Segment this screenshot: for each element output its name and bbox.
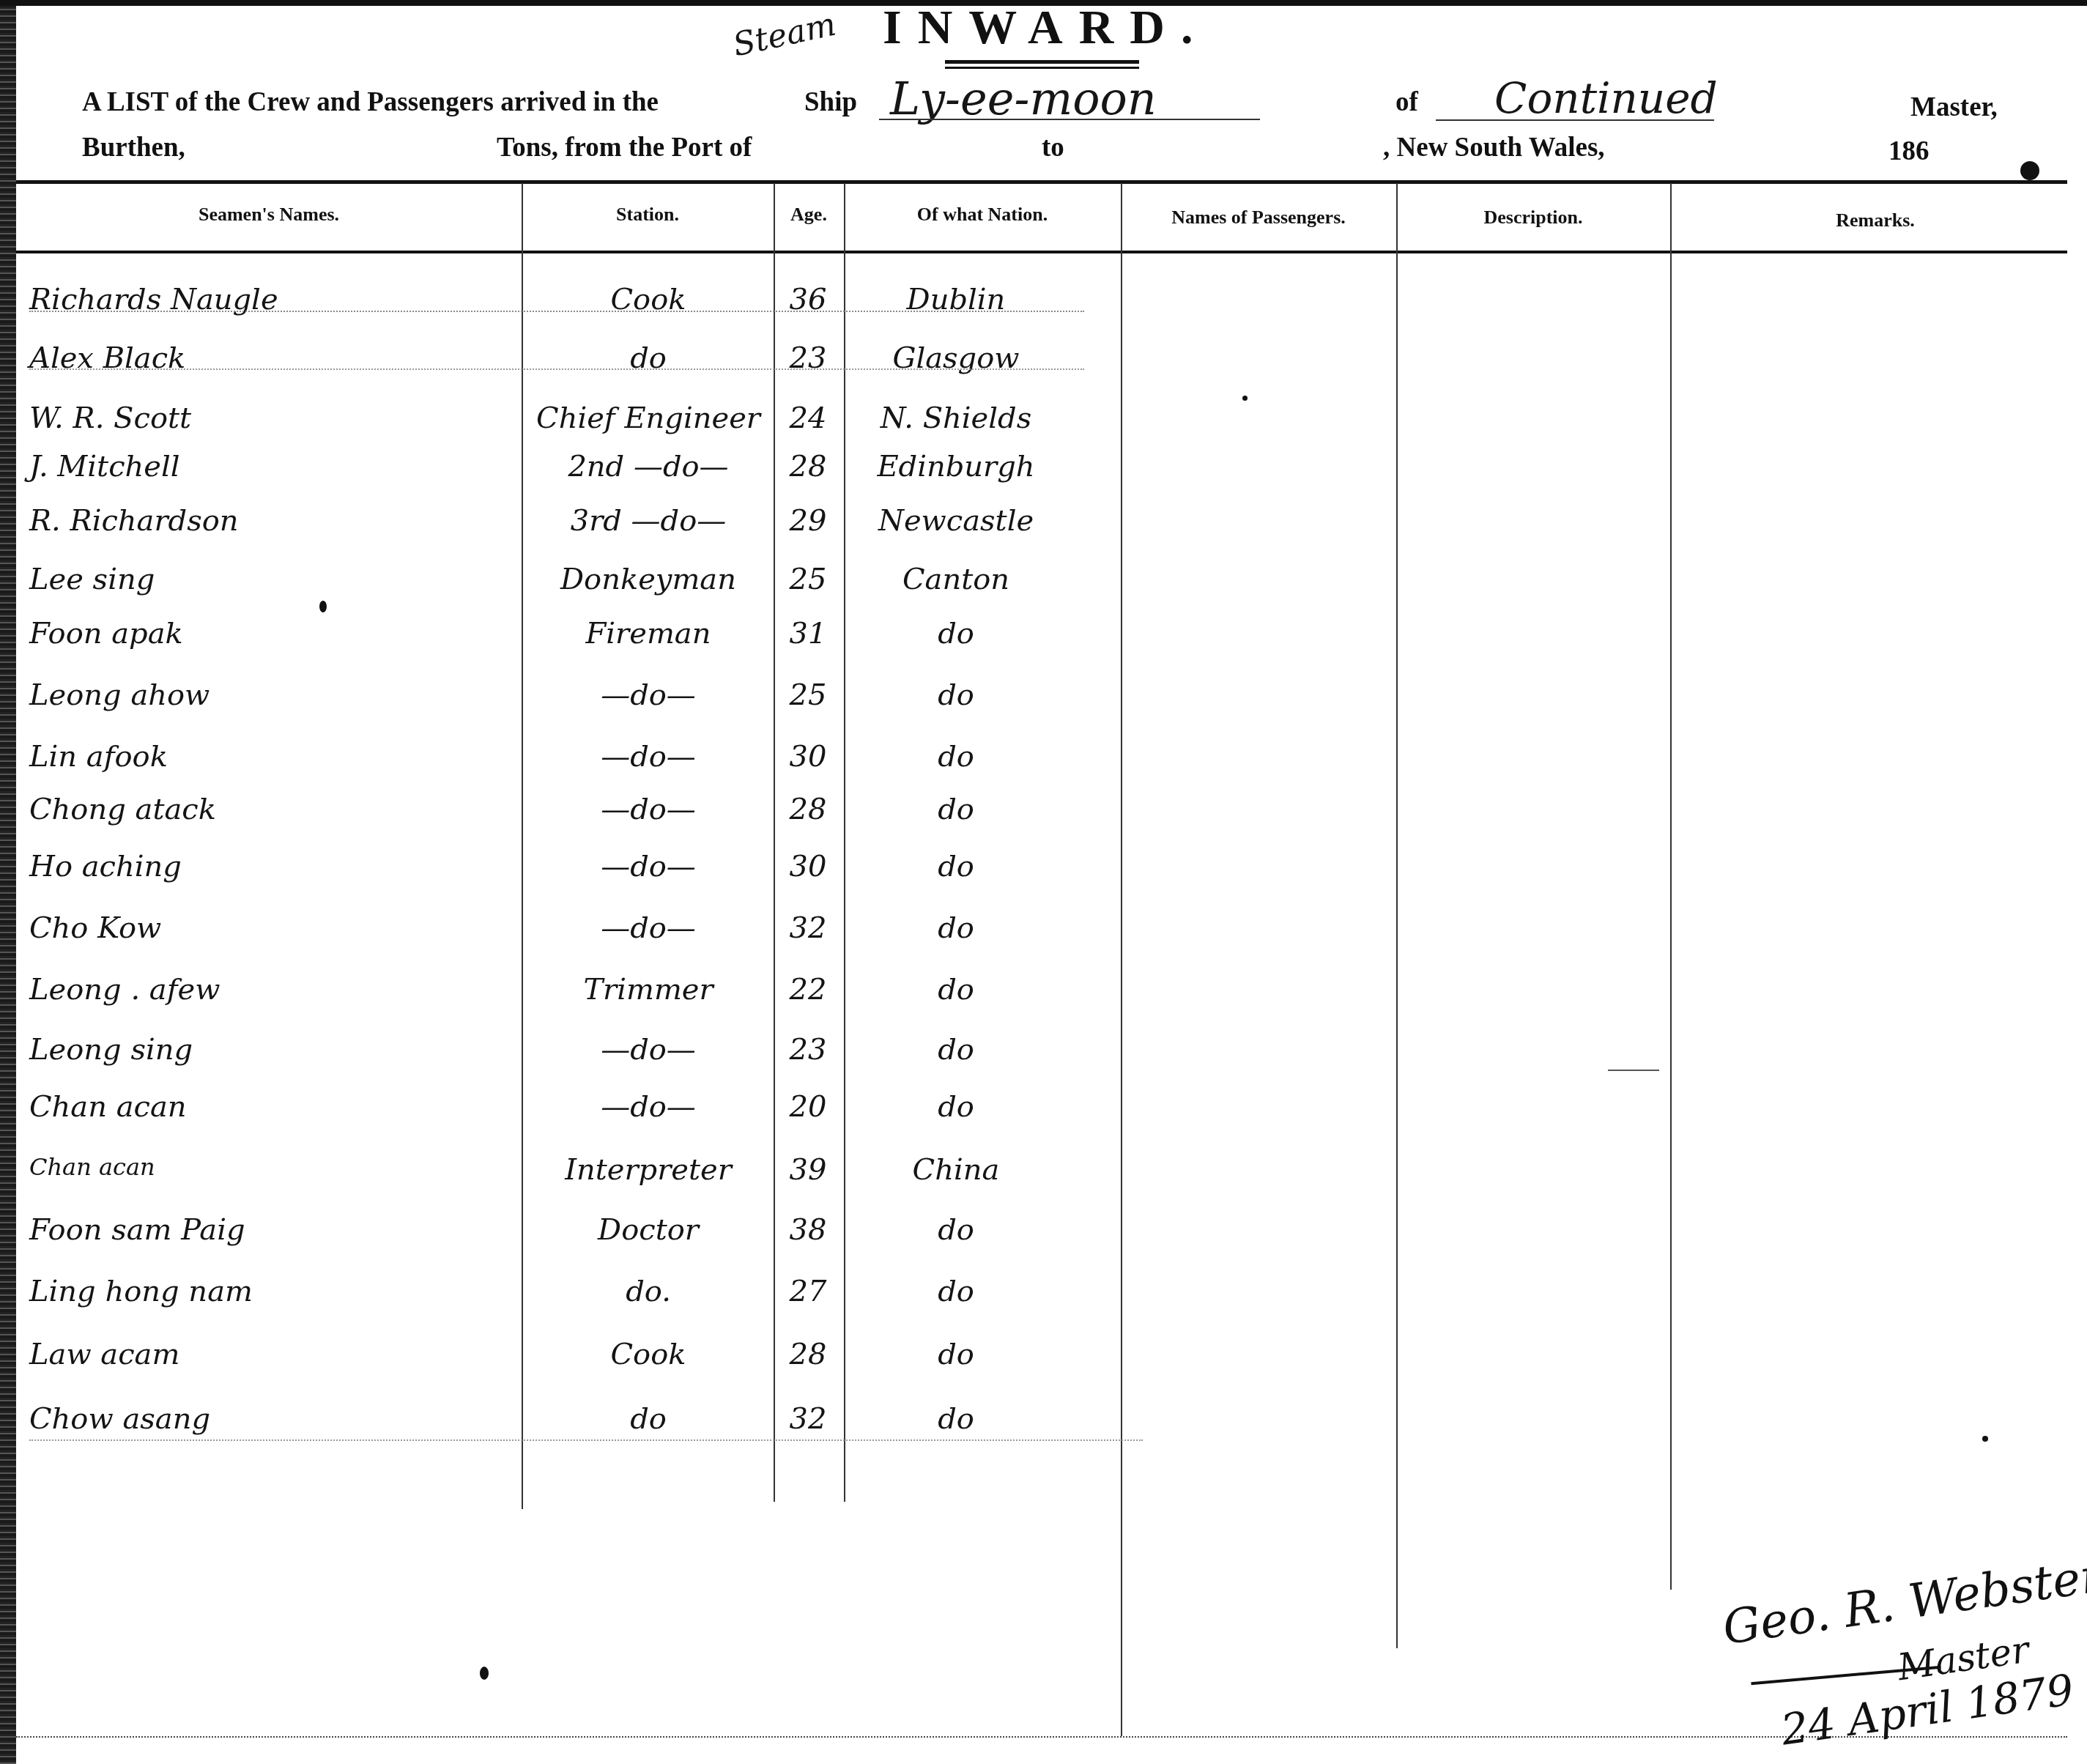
nation: do — [850, 850, 1062, 883]
colhead-description: Description. — [1396, 207, 1670, 229]
age: 28 — [775, 450, 841, 483]
crew-row: R. Richardson 3rd —do— 29 Newcastle — [0, 504, 1143, 563]
title-underline — [945, 60, 1139, 69]
form-title: INWARD. — [883, 0, 1209, 56]
bottom-rule — [16, 1736, 2067, 1738]
crew-row: Richards Naugle Cook 36 Dublin — [0, 283, 1143, 341]
crew-row: Leong ahow —do— 25 do — [0, 678, 1143, 737]
of-value: Continued — [1494, 73, 1718, 123]
station: do — [527, 1402, 769, 1436]
crew-row: Chan acan Interpreter 39 China — [0, 1153, 1143, 1212]
ship-name: Ly-ee-moon — [890, 72, 1157, 125]
seaman-name: J. Mitchell — [29, 450, 180, 483]
crew-row: Ling hong nam do. 27 do — [0, 1275, 1143, 1333]
ink-blot — [2020, 161, 2039, 180]
nation: do — [850, 1275, 1062, 1308]
ink-speck — [480, 1667, 489, 1680]
age: 24 — [775, 401, 841, 435]
seaman-name: R. Richardson — [29, 504, 239, 538]
nation: do — [850, 617, 1062, 651]
station: —do— — [527, 850, 769, 883]
age: 25 — [775, 678, 841, 712]
divider-passengers-description — [1396, 183, 1398, 1648]
of-underline — [1436, 119, 1714, 121]
age: 22 — [775, 973, 841, 1007]
master-signature: Geo. R. Webster — [1719, 1549, 2087, 1656]
age: 27 — [775, 1275, 841, 1308]
age: 23 — [775, 341, 841, 375]
station: 2nd —do— — [527, 450, 769, 483]
station: —do— — [527, 1033, 769, 1067]
seaman-name: Chow asang — [29, 1402, 210, 1436]
station: do — [527, 341, 769, 375]
seaman-name: Law acam — [29, 1338, 179, 1371]
station: —do— — [527, 1090, 769, 1124]
nation: do — [850, 1090, 1062, 1124]
ink-speck — [1982, 1436, 1988, 1442]
nation: Newcastle — [850, 504, 1062, 538]
seaman-name: Chan acan — [29, 1153, 155, 1181]
age: 23 — [775, 1033, 841, 1067]
station: Cook — [527, 1338, 769, 1371]
crew-row: Chan acan —do— 20 do — [0, 1090, 1143, 1149]
colhead-station: Station. — [522, 204, 774, 226]
seaman-name: Leong . afew — [29, 973, 220, 1007]
crew-row: Ho aching —do— 30 do — [0, 850, 1143, 908]
seaman-name: Leong ahow — [29, 678, 210, 712]
age: 28 — [775, 793, 841, 826]
nation: do — [850, 911, 1062, 945]
ship-label: Ship — [804, 86, 857, 118]
nation: do — [850, 1033, 1062, 1067]
ink-speck — [1242, 396, 1248, 401]
station: do. — [527, 1275, 769, 1308]
station: Interpreter — [527, 1153, 769, 1187]
seaman-name: Alex Black — [29, 341, 185, 375]
station: —do— — [527, 678, 769, 712]
crew-row: Lee sing Donkeyman 25 Canton — [0, 563, 1143, 621]
age: 38 — [775, 1213, 841, 1247]
crew-row: J. Mitchell 2nd —do— 28 Edinburgh — [0, 450, 1143, 508]
age: 30 — [775, 850, 841, 883]
crew-row: Foon apak Fireman 31 do — [0, 617, 1143, 675]
nation: Canton — [850, 563, 1062, 596]
station: Chief Engineer — [527, 401, 769, 435]
header-top-rule — [16, 180, 2067, 184]
nation: do — [850, 678, 1062, 712]
station: Trimmer — [527, 973, 769, 1007]
station: —do— — [527, 740, 769, 774]
nation: do — [850, 973, 1062, 1007]
age: 28 — [775, 1338, 841, 1371]
crew-row: Foon sam Paig Doctor 38 do — [0, 1213, 1143, 1272]
crew-row: Chow asang do 32 do — [0, 1402, 1143, 1461]
colhead-age: Age. — [774, 204, 844, 226]
nation: China — [850, 1153, 1062, 1187]
header-list-label: A LIST of the Crew and Passengers arrive… — [82, 86, 659, 118]
station: —do— — [527, 911, 769, 945]
new-south-wales-label: , New South Wales, — [1383, 132, 1605, 163]
seaman-name: Ling hong nam — [29, 1275, 253, 1308]
age: 32 — [775, 911, 841, 945]
colhead-remarks: Remarks. — [1670, 210, 2080, 231]
nation: Glasgow — [850, 341, 1062, 375]
nation: do — [850, 1402, 1062, 1436]
age: 29 — [775, 504, 841, 538]
master-label: Master, — [1910, 92, 1998, 123]
station: 3rd —do— — [527, 504, 769, 538]
age: 25 — [775, 563, 841, 596]
caret-insert-steam: Steam — [730, 6, 839, 64]
age: 20 — [775, 1090, 841, 1124]
nation: Edinburgh — [850, 450, 1062, 483]
seaman-name: Lin afook — [29, 740, 168, 774]
tons-port-label: Tons, from the Port of — [497, 132, 752, 163]
age: 30 — [775, 740, 841, 774]
station: Doctor — [527, 1213, 769, 1247]
stray-mark — [1608, 1070, 1659, 1071]
seaman-name: Foon sam Paig — [29, 1213, 245, 1247]
crew-row: Alex Black do 23 Glasgow — [0, 341, 1143, 400]
age: 31 — [775, 617, 841, 651]
of-label: of — [1395, 86, 1418, 118]
colhead-nation: Of what Nation. — [844, 204, 1121, 226]
seaman-name: Ho aching — [29, 850, 182, 883]
station: Donkeyman — [527, 563, 769, 596]
seaman-name: Foon apak — [29, 617, 183, 651]
to-label: to — [1042, 132, 1064, 163]
age: 39 — [775, 1153, 841, 1187]
nation: do — [850, 1213, 1062, 1247]
seaman-name: Chong atack — [29, 793, 216, 826]
row-guide — [29, 311, 1084, 312]
seaman-name: W. R. Scott — [29, 401, 191, 435]
crew-row: Leong sing —do— 23 do — [0, 1033, 1143, 1092]
station: Fireman — [527, 617, 769, 651]
divider-description-remarks — [1670, 183, 1672, 1590]
colhead-passenger-names: Names of Passengers. — [1121, 207, 1396, 229]
row-guide — [29, 368, 1084, 370]
nation: do — [850, 793, 1062, 826]
header-bottom-rule — [16, 251, 2067, 253]
nation: N. Shields — [850, 401, 1062, 435]
seaman-name: Lee sing — [29, 563, 155, 596]
nation: do — [850, 740, 1062, 774]
crew-row: Leong . afew Trimmer 22 do — [0, 973, 1143, 1031]
row-guide — [29, 1439, 1143, 1441]
nation: do — [850, 1338, 1062, 1371]
station: —do— — [527, 793, 769, 826]
ship-name-underline — [879, 119, 1260, 120]
crew-row: Lin afook —do— 30 do — [0, 740, 1143, 798]
colhead-seamen-names: Seamen's Names. — [16, 204, 522, 226]
ink-speck — [319, 601, 327, 612]
crew-row: Cho Kow —do— 32 do — [0, 911, 1143, 970]
burthen-label: Burthen, — [82, 132, 185, 163]
age: 32 — [775, 1402, 841, 1436]
year-label: 186 — [1888, 136, 1930, 167]
seaman-name: Cho Kow — [29, 911, 161, 945]
seaman-name: Chan acan — [29, 1090, 187, 1124]
crew-row: Chong atack —do— 28 do — [0, 793, 1143, 851]
seaman-name: Leong sing — [29, 1033, 193, 1067]
crew-row: Law acam Cook 28 do — [0, 1338, 1143, 1396]
